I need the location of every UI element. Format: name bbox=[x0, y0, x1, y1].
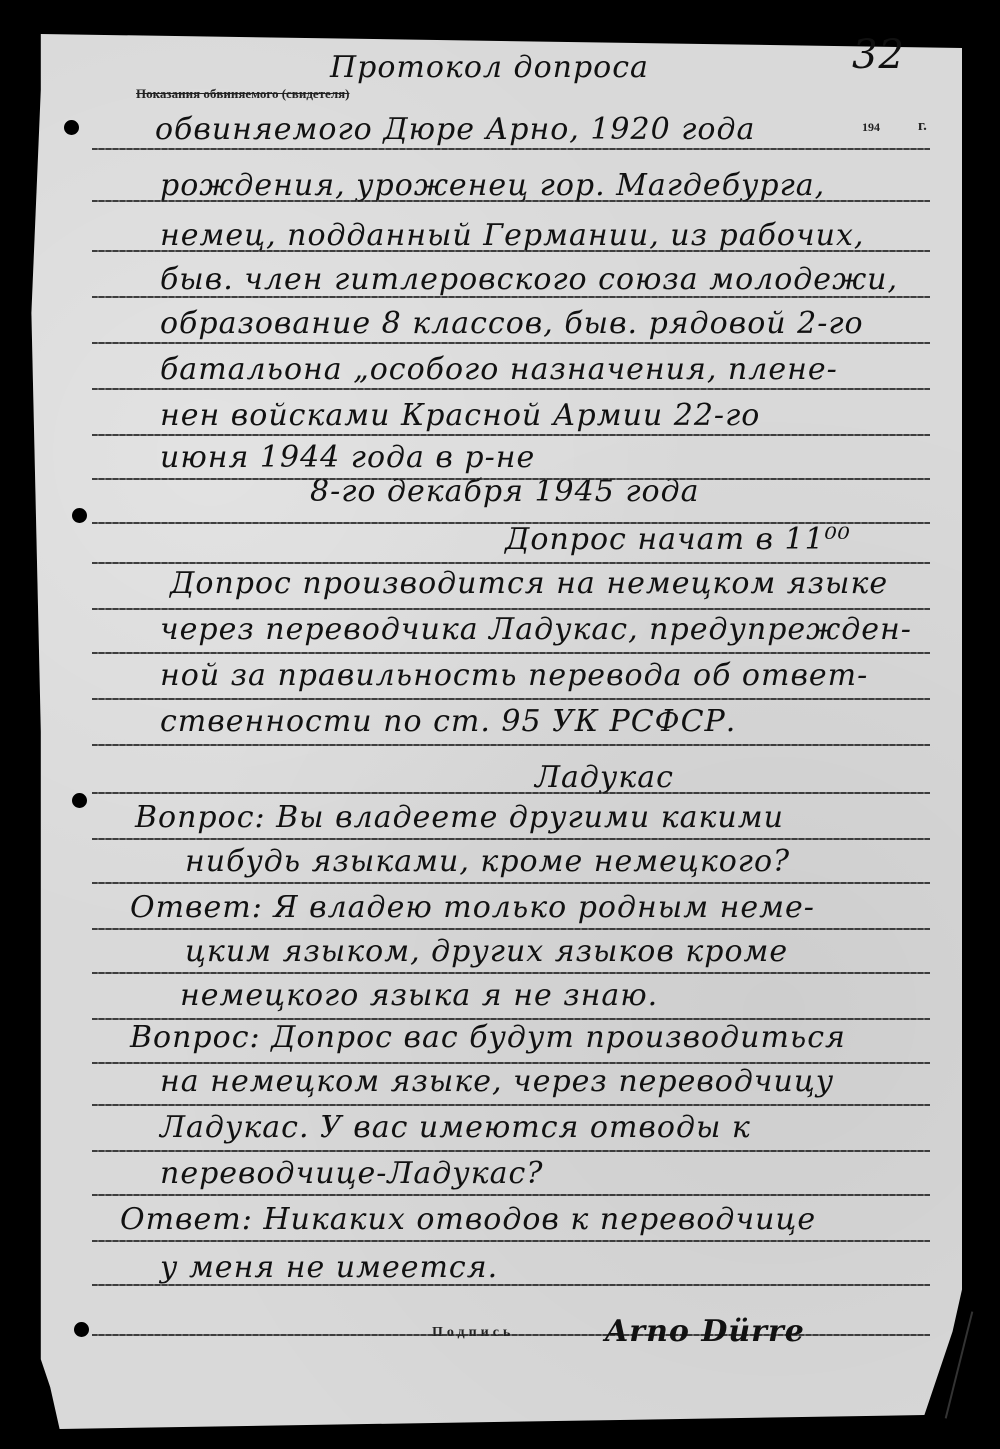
ruled-line bbox=[92, 478, 930, 480]
handwritten-line: переводчице-Ладукас? bbox=[160, 1156, 543, 1191]
ruled-line bbox=[92, 838, 930, 840]
ruled-line bbox=[92, 928, 930, 930]
handwritten-line: нен войсками Красной Армии 22-го bbox=[160, 398, 760, 433]
handwritten-line: на немецком языке, через переводчицу bbox=[160, 1064, 834, 1099]
ruled-line bbox=[92, 148, 930, 150]
ruled-line bbox=[92, 296, 930, 298]
ruled-line bbox=[92, 388, 930, 390]
handwritten-line: Ладукас bbox=[535, 760, 674, 795]
handwritten-line: Вопрос: Допрос вас будут производиться bbox=[130, 1020, 846, 1055]
punch-hole bbox=[72, 508, 87, 523]
handwritten-line: Ответ: Никаких отводов к переводчице bbox=[120, 1202, 816, 1237]
handwritten-line: батальона „особого назначения, плене- bbox=[160, 352, 838, 387]
document-title: Протокол допроса bbox=[330, 50, 649, 85]
handwritten-line: Вопрос: Вы владеете другими какими bbox=[135, 800, 784, 835]
ruled-line bbox=[92, 652, 930, 654]
handwritten-line: ственности по ст. 95 УК РСФСР. bbox=[160, 704, 736, 739]
handwritten-line: Допрос начат в 11⁰⁰ bbox=[505, 522, 851, 557]
ruled-line bbox=[92, 342, 930, 344]
form-year-unit: г. bbox=[918, 118, 927, 135]
handwritten-line: нибудь языками, кроме немецкого? bbox=[185, 844, 790, 879]
handwritten-line: немецкого языка я не знаю. bbox=[180, 978, 658, 1013]
ruled-line bbox=[92, 744, 930, 746]
form-year-suffix: 194 bbox=[862, 120, 880, 135]
ruled-line bbox=[92, 1284, 930, 1286]
ruled-line bbox=[92, 1062, 930, 1064]
ruled-line bbox=[92, 882, 930, 884]
form-header-struck: Показания обвиняемого (свидетеля) bbox=[136, 86, 349, 102]
handwritten-line: цким языком, других языков кроме bbox=[185, 934, 788, 969]
ruled-line bbox=[92, 200, 930, 202]
ruled-line bbox=[92, 1194, 930, 1196]
handwritten-line: через переводчика Ладукас, предупрежден- bbox=[160, 612, 912, 647]
punch-hole bbox=[72, 793, 87, 808]
handwritten-line: образование 8 классов, быв. рядовой 2-го bbox=[160, 306, 864, 341]
ruled-line bbox=[92, 1018, 930, 1020]
ruled-line bbox=[92, 1240, 930, 1242]
punch-hole bbox=[64, 120, 79, 135]
handwritten-line: июня 1944 года в р-не bbox=[160, 440, 535, 475]
handwritten-line: ной за правильность перевода об ответ- bbox=[160, 658, 868, 693]
punch-hole bbox=[74, 1322, 89, 1337]
handwritten-line: быв. член гитлеровского союза молодежи, bbox=[160, 262, 898, 297]
ruled-line bbox=[92, 1104, 930, 1106]
handwritten-line: Допрос производится на немецком языке bbox=[170, 566, 888, 601]
ruled-line bbox=[92, 522, 930, 524]
signature-label: Подпись bbox=[432, 1325, 514, 1341]
handwritten-line: немец, подданный Германии, из рабочих, bbox=[160, 218, 864, 253]
ruled-line bbox=[92, 792, 930, 794]
ruled-line bbox=[92, 698, 930, 700]
ruled-line bbox=[92, 972, 930, 974]
ruled-line bbox=[92, 434, 930, 436]
handwritten-line: Ответ: Я владею только родным неме- bbox=[130, 890, 815, 925]
ruled-line bbox=[92, 608, 930, 610]
handwritten-line: обвиняемого Дюре Арно, 1920 года bbox=[155, 112, 755, 147]
signature: Arno Dürre bbox=[605, 1314, 805, 1349]
ruled-line bbox=[92, 1150, 930, 1152]
handwritten-line: рождения, уроженец гор. Магдебурга, bbox=[160, 168, 825, 203]
page-number: 32 bbox=[852, 32, 905, 78]
ruled-line bbox=[92, 562, 930, 564]
ruled-line bbox=[92, 250, 930, 252]
handwritten-line: Ладукас. У вас имеются отводы к bbox=[160, 1110, 751, 1145]
handwritten-line: у меня не имеется. bbox=[160, 1250, 498, 1285]
